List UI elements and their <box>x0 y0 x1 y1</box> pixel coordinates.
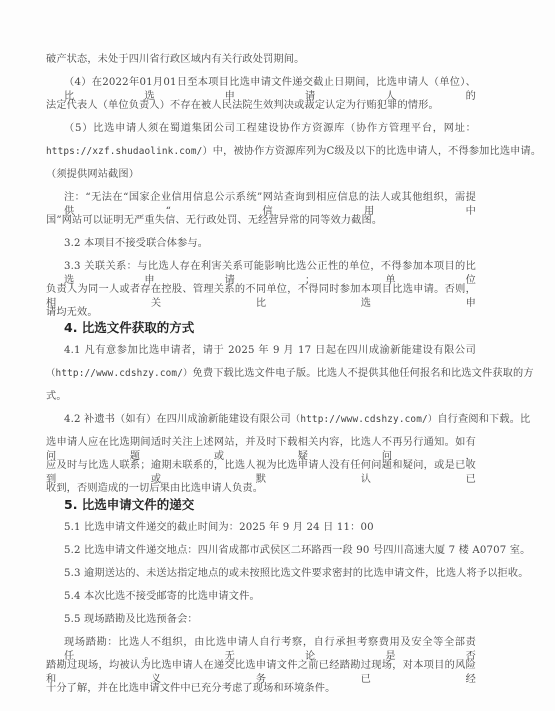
paragraph-line: 4.2 补遗书（如有）在四川成渝新能建设有限公司（http://www.cdsh… <box>64 413 476 427</box>
paragraph-line: 5.4 本次比选不接受邮寄的比选申请文件。 <box>64 590 476 604</box>
paragraph-line: 3.2 本项目不接受联合体参与。 <box>64 237 476 251</box>
paragraph-line: 5.3 逾期送达的、未送达指定地点的或未按照比选文件要求密封的比选申请文件，比选… <box>64 567 476 581</box>
paragraph-line: （5）比选申请人须在蜀道集团公司工程建设协作方资源库（协作方管理平台，网址： <box>64 122 476 136</box>
paragraph-line: 5.2 比选申请文件递交地点：四川省成都市武侯区二环路西一段 90 号四川高速大… <box>64 544 476 558</box>
paragraph-line: 法定代表人（单位负责人）不存在被人民法院生效判决或裁定认定为行贿犯罪的情形。 <box>46 99 476 113</box>
paragraph-line: 5.1 比选申请文件递交的截止时间为：2025 年 9 月 24 日 11：00 <box>64 521 476 535</box>
paragraph-line: 收到，否则造成的一切后果由比选申请人负责。 <box>46 482 476 496</box>
paragraph-line: 国”网站可以证明无严重失信、无行政处罚、无经营异常的同等效力截图。 <box>46 214 476 228</box>
section-heading: 4. 比选文件获取的方式 <box>64 320 194 336</box>
paragraph-line: 5.5 现场踏勘及比选预备会： <box>64 613 476 627</box>
paragraph-line: 十分了解，并在比选申请文件中已充分考虑了现场和环境条件。 <box>46 682 476 696</box>
link-url[interactable]: （http://www.cdshzy.com/） <box>291 414 438 425</box>
paragraph-line: 请均无效。 <box>46 306 476 320</box>
paragraph-line: （须提供网站截图） <box>46 168 476 182</box>
link-url[interactable]: https://xzf.shudaolink.com/ <box>46 146 202 157</box>
paragraph-line: 式。 <box>46 390 476 404</box>
paragraph-line: （http://www.cdshzy.com/）免费下载比选文件电子版。比选人不… <box>46 367 476 381</box>
section-heading: 5. 比选申请文件的递交 <box>64 497 194 513</box>
paragraph-line: 破产状态，未处于四川省行政区域内有关行政处罚期间。 <box>46 53 476 67</box>
document-page: 破产状态，未处于四川省行政区域内有关行政处罚期间。 （4）在2022年01月01… <box>0 0 555 711</box>
paragraph-line: 4.1 凡有意参加比选申请者，请于 2025 年 9 月 17 日起在四川成渝新… <box>64 344 476 358</box>
link-url[interactable]: （http://www.cdshzy.com/） <box>46 368 193 379</box>
paragraph-line: https://xzf.shudaolink.com/）中，被协作方资源库列为C… <box>46 145 476 159</box>
